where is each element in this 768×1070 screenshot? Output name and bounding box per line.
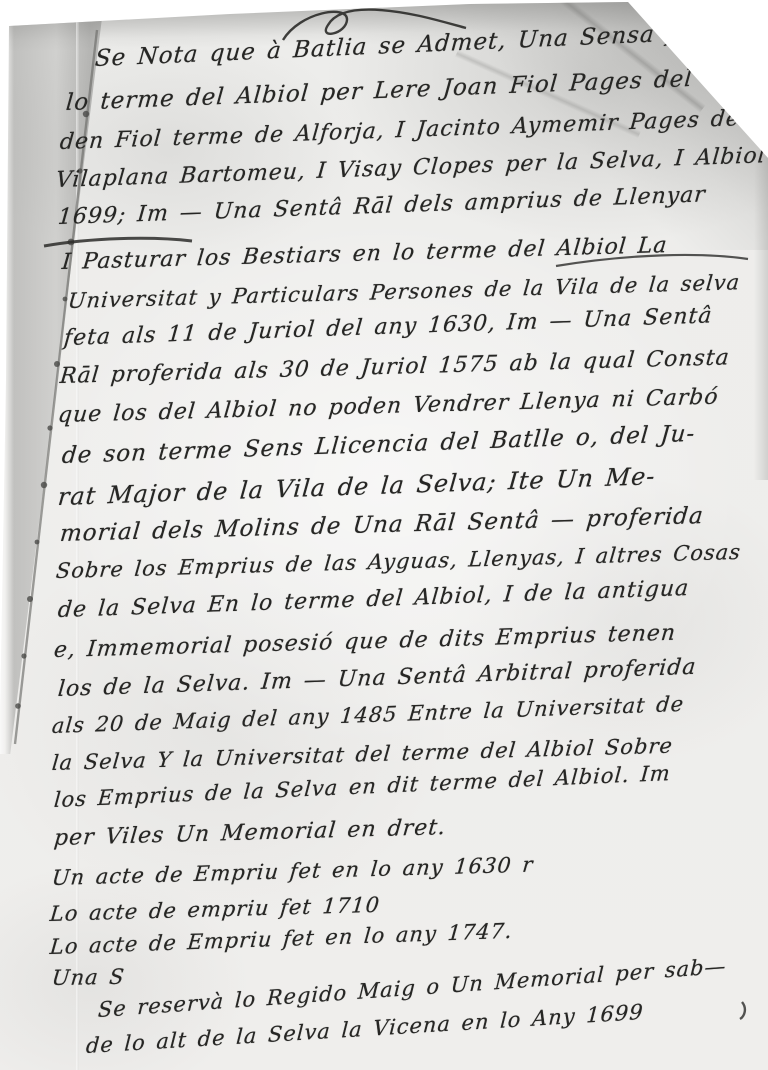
scanned-page: Se Nota que à Batlia se Admet, Una Sensa… (0, 0, 768, 1070)
manuscript-line-24: Lo acte de Empriu fet en lo any 1747. (49, 919, 514, 959)
manuscript-line-21: per Viles Un Memorial en dret. (53, 815, 447, 851)
manuscript-text: Se Nota que à Batlia se Admet, Una Sensa… (0, 0, 768, 1070)
manuscript-line-14: Sobre los Emprius de las Ayguas, Llenyas… (55, 540, 742, 583)
manuscript-line-25: Una S (51, 965, 126, 990)
manuscript-line-2: lo terme del Albiol per Lere Joan Fiol P… (65, 64, 755, 117)
manuscript-line-9: Rāl proferida als 30 de Juriol 1575 ab l… (59, 345, 731, 389)
manuscript-line-12: rat Major de la Vila de la Selva; Ite Un… (57, 462, 657, 511)
manuscript-line-13: morial dels Molins de Una Rāl Sentâ — pr… (59, 503, 705, 547)
manuscript-line-16: e, Immemorial posesió que de dits Empriu… (53, 621, 677, 663)
paper-sheet: Se Nota que à Batlia se Admet, Una Sensa… (0, 0, 768, 1070)
manuscript-line-15: de la Selva En lo terme del Albiol, I de… (57, 576, 690, 623)
manuscript-line-1: Se Nota que à Batlia se Admet, Una Sensa… (94, 17, 758, 72)
manuscript-line-23: Lo acte de empriu fet 1710 (49, 893, 381, 926)
manuscript-line-11: de son terme Sens Llicencia del Batlle o… (61, 421, 697, 469)
manuscript-line-22: Un acte de Empriu fet en lo any 1630 r (51, 853, 535, 891)
manuscript-line-8: feta als 11 de Juriol del any 1630, Im —… (63, 303, 714, 351)
manuscript-line-10: que los del Albiol no poden Vendrer Llen… (57, 385, 720, 429)
manuscript-line-6: I Pasturar los Bestiars en lo terme del … (61, 233, 669, 275)
